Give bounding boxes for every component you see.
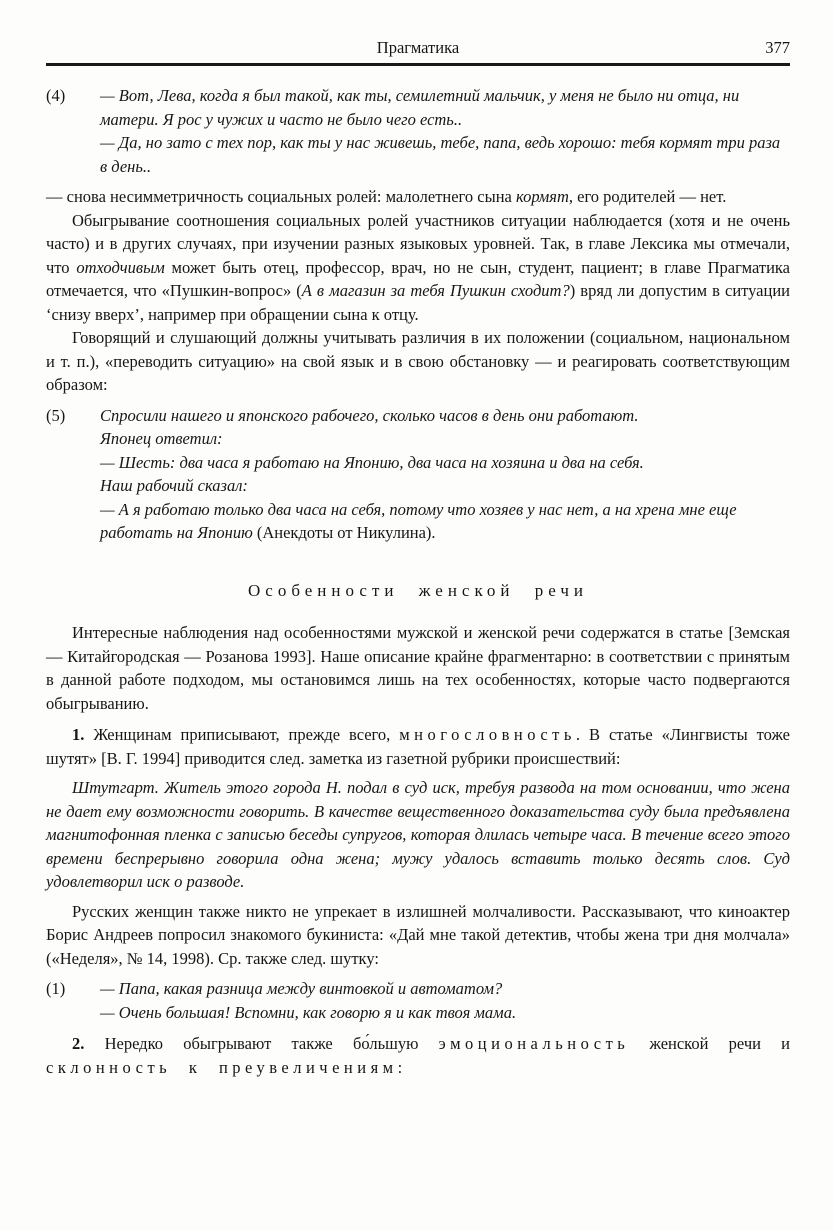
example-1-line: — Папа, какая разница между винтовкой и … bbox=[100, 977, 790, 1001]
example-5-body: Спросили нашего и японского рабочего, ск… bbox=[100, 404, 790, 545]
example-1-label: (1) bbox=[46, 977, 100, 1024]
example-4-body: — Вот, Лева, когда я был такой, как ты, … bbox=[100, 84, 790, 178]
paragraph-asymmetry: — снова несимметричность социальных роле… bbox=[46, 185, 790, 209]
example-4-label: (4) bbox=[46, 84, 100, 178]
example-1: (1) — Папа, какая разница между винтовко… bbox=[46, 977, 790, 1024]
example-4-line: — Да, но зато с тех пор, как ты у нас жи… bbox=[100, 131, 790, 178]
book-page: Прагматика 377 (4) — Вот, Лева, когда я … bbox=[0, 0, 834, 1230]
example-1-body: — Папа, какая разница между винтовкой и … bbox=[100, 977, 790, 1024]
example-5-label: (5) bbox=[46, 404, 100, 545]
example-1-line: — Очень большая! Вспомни, как говорю я и… bbox=[100, 1001, 790, 1025]
page-number: 377 bbox=[765, 36, 790, 60]
section-heading: Особенности женской речи bbox=[46, 579, 790, 603]
paragraph-observations: Интересные наблюдения над особенностями … bbox=[46, 621, 790, 715]
paragraph-russian-women: Русских женщин также никто не упрекает в… bbox=[46, 900, 790, 971]
header-rule bbox=[46, 63, 790, 66]
example-4-line: — Вот, Лева, когда я был такой, как ты, … bbox=[100, 84, 790, 131]
paragraph-point-2: 2. Нередко обыгрывают также бо́льшую эмо… bbox=[46, 1032, 790, 1079]
example-5-line: Наш рабочий сказал: bbox=[100, 474, 790, 498]
paragraph-speaker-listener: Говорящий и слушающий должны учитывать р… bbox=[46, 326, 790, 397]
example-5-line: — Шесть: два часа я работаю на Японию, д… bbox=[100, 451, 790, 475]
paragraph-social-roles: Обыгрывание соотношения социальных ролей… bbox=[46, 209, 790, 327]
example-4: (4) — Вот, Лева, когда я был такой, как … bbox=[46, 84, 790, 178]
running-header: Прагматика 377 bbox=[46, 36, 790, 60]
example-5-line: Спросили нашего и японского рабочего, ск… bbox=[100, 404, 790, 428]
example-5-line: Японец ответил: bbox=[100, 427, 790, 451]
example-5-line: — А я работаю только два часа на себя, п… bbox=[100, 498, 790, 545]
quote-stuttgart: Штутгарт. Житель этого города Н. подал в… bbox=[46, 776, 790, 894]
running-title: Прагматика bbox=[377, 36, 459, 60]
example-5: (5) Спросили нашего и японского рабочего… bbox=[46, 404, 790, 545]
paragraph-point-1: 1. Женщинам приписывают, прежде всего, м… bbox=[46, 723, 790, 770]
